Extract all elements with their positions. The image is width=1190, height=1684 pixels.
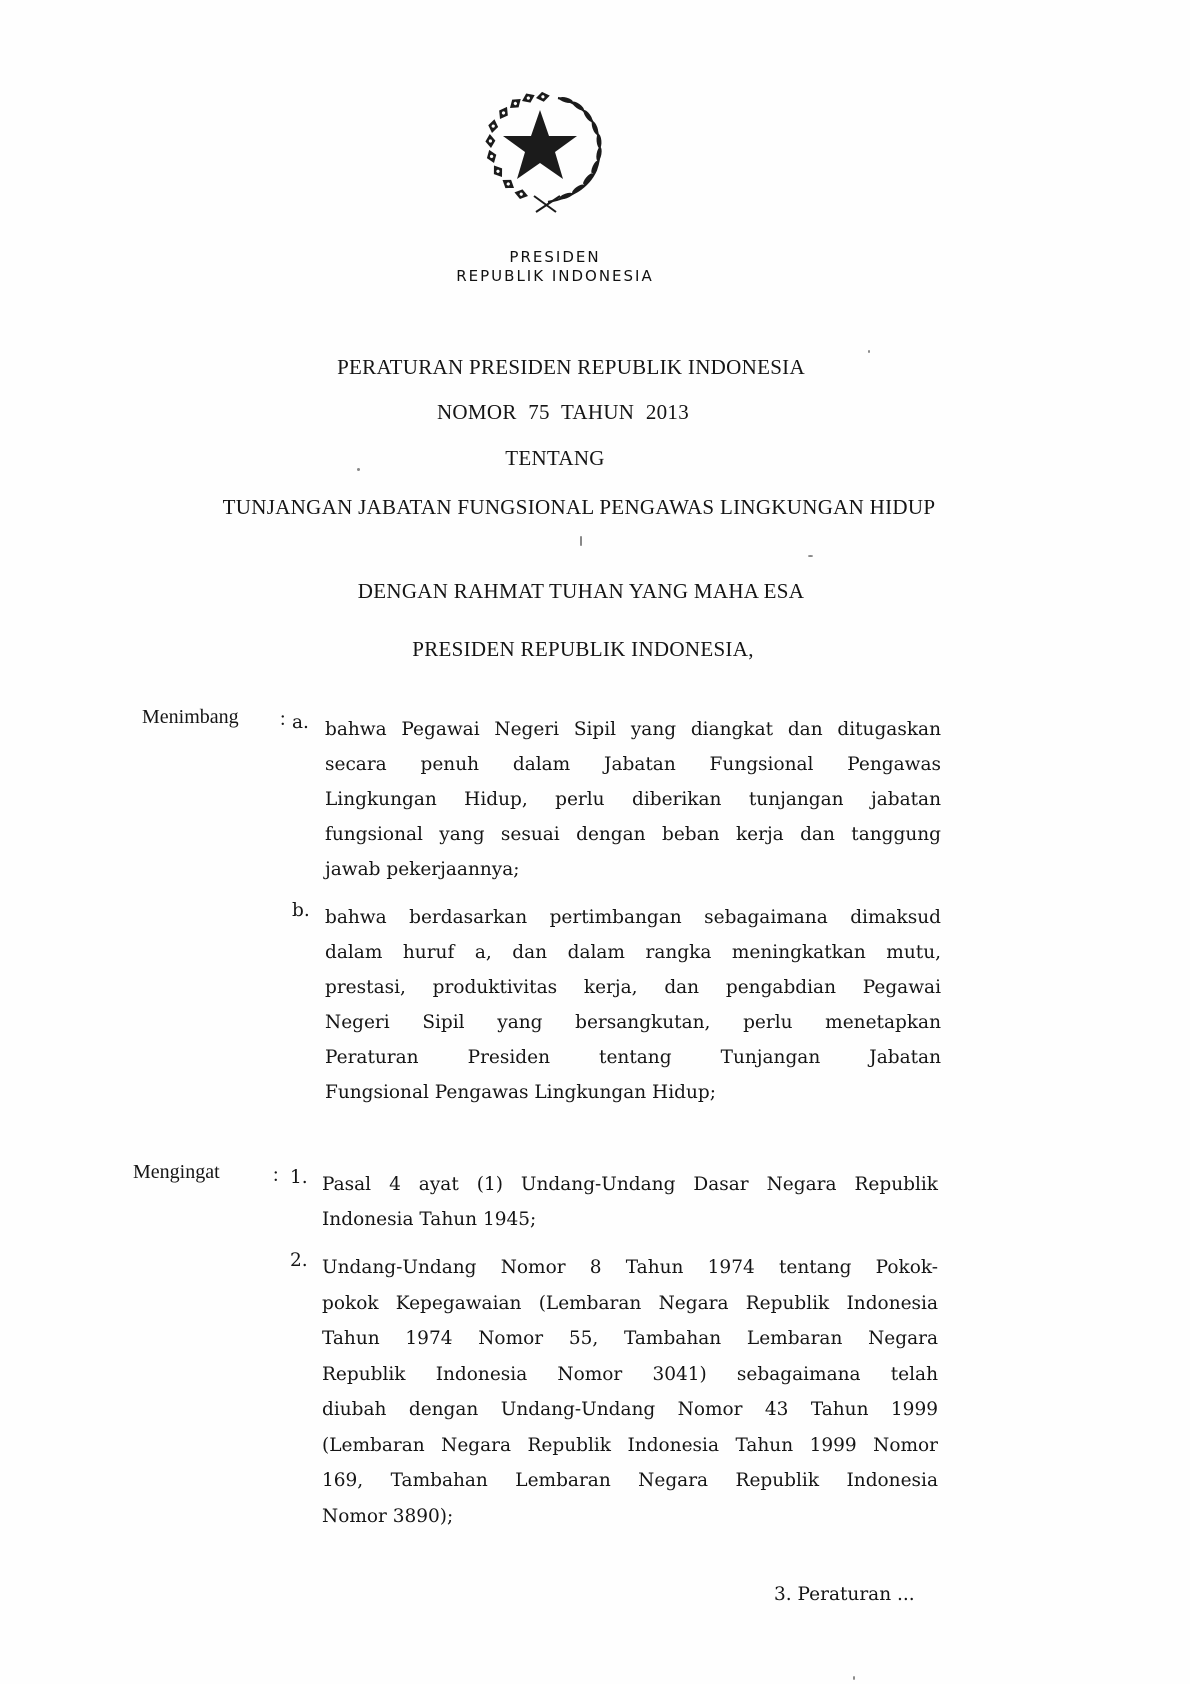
text-line: jawab pekerjaannya;	[325, 852, 941, 887]
document-page: PRESIDEN REPUBLIK INDONESIA PERATURAN PR…	[0, 0, 1190, 1684]
text-line: Tahun 1974 Nomor 55, Tambahan Lembaran N…	[322, 1321, 938, 1357]
text-line: Pasal 4 ayat (1) Undang-Undang Dasar Neg…	[322, 1167, 938, 1202]
text-line: secara penuh dalam Jabatan Fungsional Pe…	[325, 747, 941, 782]
scan-speck	[853, 1676, 855, 1680]
item-marker: 2.	[290, 1250, 308, 1271]
text-line: pokok Kepegawaian (Lembaran Negara Repub…	[322, 1286, 938, 1322]
text-line: prestasi, produktivitas kerja, dan penga…	[325, 970, 941, 1005]
text-line: Republik Indonesia Nomor 3041) sebagaima…	[322, 1357, 938, 1393]
letterhead-republic: REPUBLIK INDONESIA	[0, 267, 1110, 285]
text-line: dalam huruf a, dan dalam rangka meningka…	[325, 935, 941, 970]
item-marker: 1.	[290, 1167, 308, 1188]
scan-speck	[868, 350, 870, 353]
text-line: bahwa Pegawai Negeri Sipil yang diangkat…	[325, 712, 941, 747]
letterhead-president: PRESIDEN	[0, 248, 1110, 266]
item-text: Undang-Undang Nomor 8 Tahun 1974 tentang…	[322, 1250, 938, 1534]
text-line: Fungsional Pengawas Lingkungan Hidup;	[325, 1075, 941, 1110]
invocation: DENGAN RAHMAT TUHAN YANG MAHA ESA	[26, 579, 1136, 604]
mengingat-label: Mengingat	[133, 1161, 220, 1184]
text-line: Negeri Sipil yang bersangkutan, perlu me…	[325, 1005, 941, 1040]
continuation-marker: 3. Peraturan ...	[774, 1584, 915, 1605]
text-line: fungsional yang sesuai dengan beban kerj…	[325, 817, 941, 852]
scan-speck	[357, 468, 360, 471]
item-text: Pasal 4 ayat (1) Undang-Undang Dasar Neg…	[322, 1167, 938, 1237]
text-line: (Lembaran Negara Republik Indonesia Tahu…	[322, 1428, 938, 1464]
text-line: Undang-Undang Nomor 8 Tahun 1974 tentang…	[322, 1250, 938, 1286]
authority: PRESIDEN REPUBLIK INDONESIA,	[28, 637, 1138, 662]
text-line: Peraturan Presiden tentang Tunjangan Jab…	[325, 1040, 941, 1075]
regulation-number: NOMOR 75 TAHUN 2013	[8, 400, 1118, 425]
scan-speck	[808, 555, 813, 557]
item-text: bahwa Pegawai Negeri Sipil yang diangkat…	[325, 712, 941, 887]
menimbang-label: Menimbang	[142, 706, 239, 729]
scan-speck	[580, 536, 582, 546]
text-line: 169, Tambahan Lembaran Negara Republik I…	[322, 1463, 938, 1499]
presidential-star-emblem-icon	[478, 88, 628, 218]
mengingat-colon: :	[273, 1164, 279, 1187]
item-text: bahwa berdasarkan pertimbangan sebagaima…	[325, 900, 941, 1110]
text-line: Nomor 3890);	[322, 1499, 938, 1535]
regulation-title: PERATURAN PRESIDEN REPUBLIK INDONESIA	[16, 355, 1126, 380]
regulation-subject: TUNJANGAN JABATAN FUNGSIONAL PENGAWAS LI…	[24, 495, 1134, 520]
text-line: diubah dengan Undang-Undang Nomor 43 Tah…	[322, 1392, 938, 1428]
text-line: Lingkungan Hidup, perlu diberikan tunjan…	[325, 782, 941, 817]
item-marker: b.	[292, 900, 310, 921]
item-marker: a.	[292, 712, 309, 733]
text-line: Indonesia Tahun 1945;	[322, 1202, 938, 1237]
text-line: bahwa berdasarkan pertimbangan sebagaima…	[325, 900, 941, 935]
menimbang-colon: :	[280, 708, 286, 731]
regulation-about: TENTANG	[0, 446, 1110, 471]
